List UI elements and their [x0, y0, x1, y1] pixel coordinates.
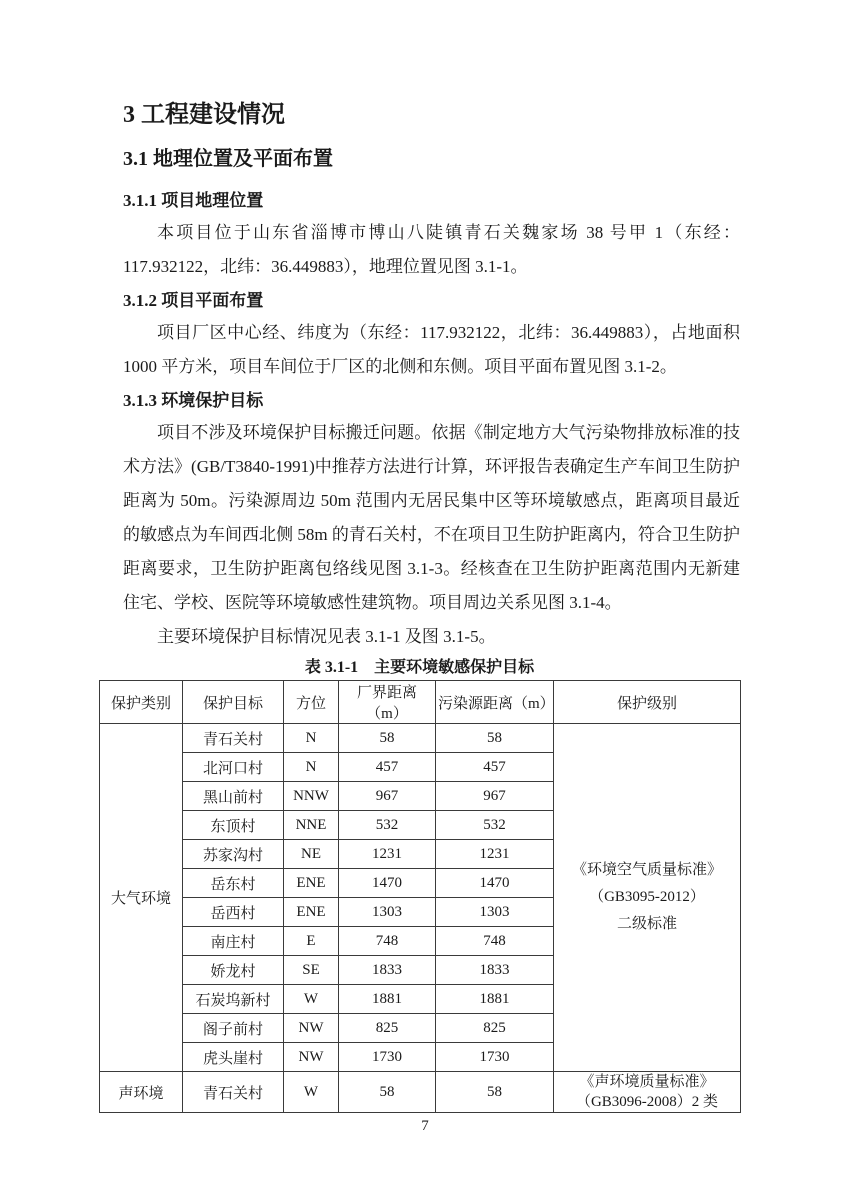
page-number: 7: [99, 1118, 751, 1135]
paragraph-location: 本项目位于山东省淄博市博山八陡镇青石关魏家场 38 号甲 1（东经：117.93…: [123, 216, 740, 284]
cell-direction: E: [284, 927, 339, 956]
cell-protection-level-noise: 《声环境质量标准》 （GB3096-2008）2 类: [554, 1072, 741, 1113]
table-header-row: 保护类别 保护目标 方位 厂界距离（m） 污染源距离（m） 保护级别: [100, 681, 741, 724]
subsection-heading-3-1-1: 3.1.1 项目地理位置: [123, 190, 753, 212]
protection-level-line: （GB3096-2008）2 类: [556, 1092, 738, 1112]
cell-source-distance: 1231: [436, 840, 554, 869]
cell-boundary-distance: 825: [339, 1014, 436, 1043]
cell-source-distance: 1470: [436, 869, 554, 898]
cell-boundary-distance: 58: [339, 1072, 436, 1113]
cell-direction: SE: [284, 956, 339, 985]
cell-direction: N: [284, 753, 339, 782]
document-page: 3 工程建设情况 3.1 地理位置及平面布置 3.1.1 项目地理位置 本项目位…: [0, 0, 850, 1202]
cell-source-distance: 748: [436, 927, 554, 956]
cell-target: 青石关村: [183, 724, 284, 753]
paragraph-table-reference: 主要环境保护目标情况见表 3.1-1 及图 3.1-5。: [123, 620, 740, 654]
cell-source-distance: 58: [436, 724, 554, 753]
cell-direction: NNE: [284, 811, 339, 840]
cell-boundary-distance: 1470: [339, 869, 436, 898]
cell-direction: N: [284, 724, 339, 753]
column-header-source-distance: 污染源距离（m）: [436, 681, 554, 724]
cell-direction: NNW: [284, 782, 339, 811]
column-header-boundary-distance: 厂界距离（m）: [339, 681, 436, 724]
cell-source-distance: 825: [436, 1014, 554, 1043]
cell-target: 青石关村: [183, 1072, 284, 1113]
protection-level-line: （GB3095-2012）: [556, 884, 738, 911]
cell-direction: ENE: [284, 898, 339, 927]
cell-direction: W: [284, 1072, 339, 1113]
table-caption: 表 3.1-1 主要环境敏感保护目标: [99, 658, 740, 678]
protection-level-line: 《环境空气质量标准》: [556, 857, 738, 884]
cell-source-distance: 1303: [436, 898, 554, 927]
cell-target: 苏家沟村: [183, 840, 284, 869]
cell-boundary-distance: 1833: [339, 956, 436, 985]
cell-source-distance: 1881: [436, 985, 554, 1014]
cell-direction: NE: [284, 840, 339, 869]
cell-boundary-distance: 1730: [339, 1043, 436, 1072]
cell-target: 虎头崖村: [183, 1043, 284, 1072]
column-header-target: 保护目标: [183, 681, 284, 724]
cell-source-distance: 1833: [436, 956, 554, 985]
cell-boundary-distance: 1881: [339, 985, 436, 1014]
cell-boundary-distance: 457: [339, 753, 436, 782]
cell-boundary-distance: 58: [339, 724, 436, 753]
cell-target: 岳西村: [183, 898, 284, 927]
column-header-protection-level: 保护级别: [554, 681, 741, 724]
cell-target: 东顶村: [183, 811, 284, 840]
protection-targets-table: 保护类别 保护目标 方位 厂界距离（m） 污染源距离（m） 保护级别 大气环境 …: [99, 680, 741, 1113]
cell-boundary-distance: 748: [339, 927, 436, 956]
cell-source-distance: 532: [436, 811, 554, 840]
cell-boundary-distance: 1303: [339, 898, 436, 927]
subsection-heading-3-1-3: 3.1.3 环境保护目标: [123, 390, 753, 412]
cell-source-distance: 967: [436, 782, 554, 811]
table-row: 声环境 青石关村 W 58 58 《声环境质量标准》 （GB3096-2008）…: [100, 1072, 741, 1113]
cell-direction: W: [284, 985, 339, 1014]
cell-boundary-distance: 532: [339, 811, 436, 840]
cell-boundary-distance: 1231: [339, 840, 436, 869]
cell-direction: ENE: [284, 869, 339, 898]
cell-category-noise: 声环境: [100, 1072, 183, 1113]
cell-direction: NW: [284, 1014, 339, 1043]
cell-source-distance: 1730: [436, 1043, 554, 1072]
paragraph-protection-targets: 项目不涉及环境保护目标搬迁问题。依据《制定地方大气污染物排放标准的技术方法》(G…: [123, 416, 740, 620]
cell-target: 南庄村: [183, 927, 284, 956]
cell-boundary-distance: 967: [339, 782, 436, 811]
cell-direction: NW: [284, 1043, 339, 1072]
cell-target: 石炭坞新村: [183, 985, 284, 1014]
cell-source-distance: 58: [436, 1072, 554, 1113]
cell-target: 北河口村: [183, 753, 284, 782]
cell-target: 黑山前村: [183, 782, 284, 811]
table-row: 大气环境 青石关村 N 58 58 《环境空气质量标准》 （GB3095-201…: [100, 724, 741, 753]
cell-target: 阁子前村: [183, 1014, 284, 1043]
chapter-heading: 3 工程建设情况: [123, 100, 753, 130]
cell-target: 岳东村: [183, 869, 284, 898]
cell-source-distance: 457: [436, 753, 554, 782]
cell-category-air: 大气环境: [100, 724, 183, 1072]
column-header-direction: 方位: [284, 681, 339, 724]
cell-target: 娇龙村: [183, 956, 284, 985]
section-heading: 3.1 地理位置及平面布置: [123, 146, 753, 172]
paragraph-layout: 项目厂区中心经、纬度为（东经：117.932122，北纬：36.449883），…: [123, 316, 740, 384]
protection-level-line: 《声环境质量标准》: [556, 1072, 738, 1092]
subsection-heading-3-1-2: 3.1.2 项目平面布置: [123, 290, 753, 312]
protection-level-line: 二级标准: [556, 911, 738, 938]
cell-protection-level-air: 《环境空气质量标准》 （GB3095-2012） 二级标准: [554, 724, 741, 1072]
column-header-category: 保护类别: [100, 681, 183, 724]
